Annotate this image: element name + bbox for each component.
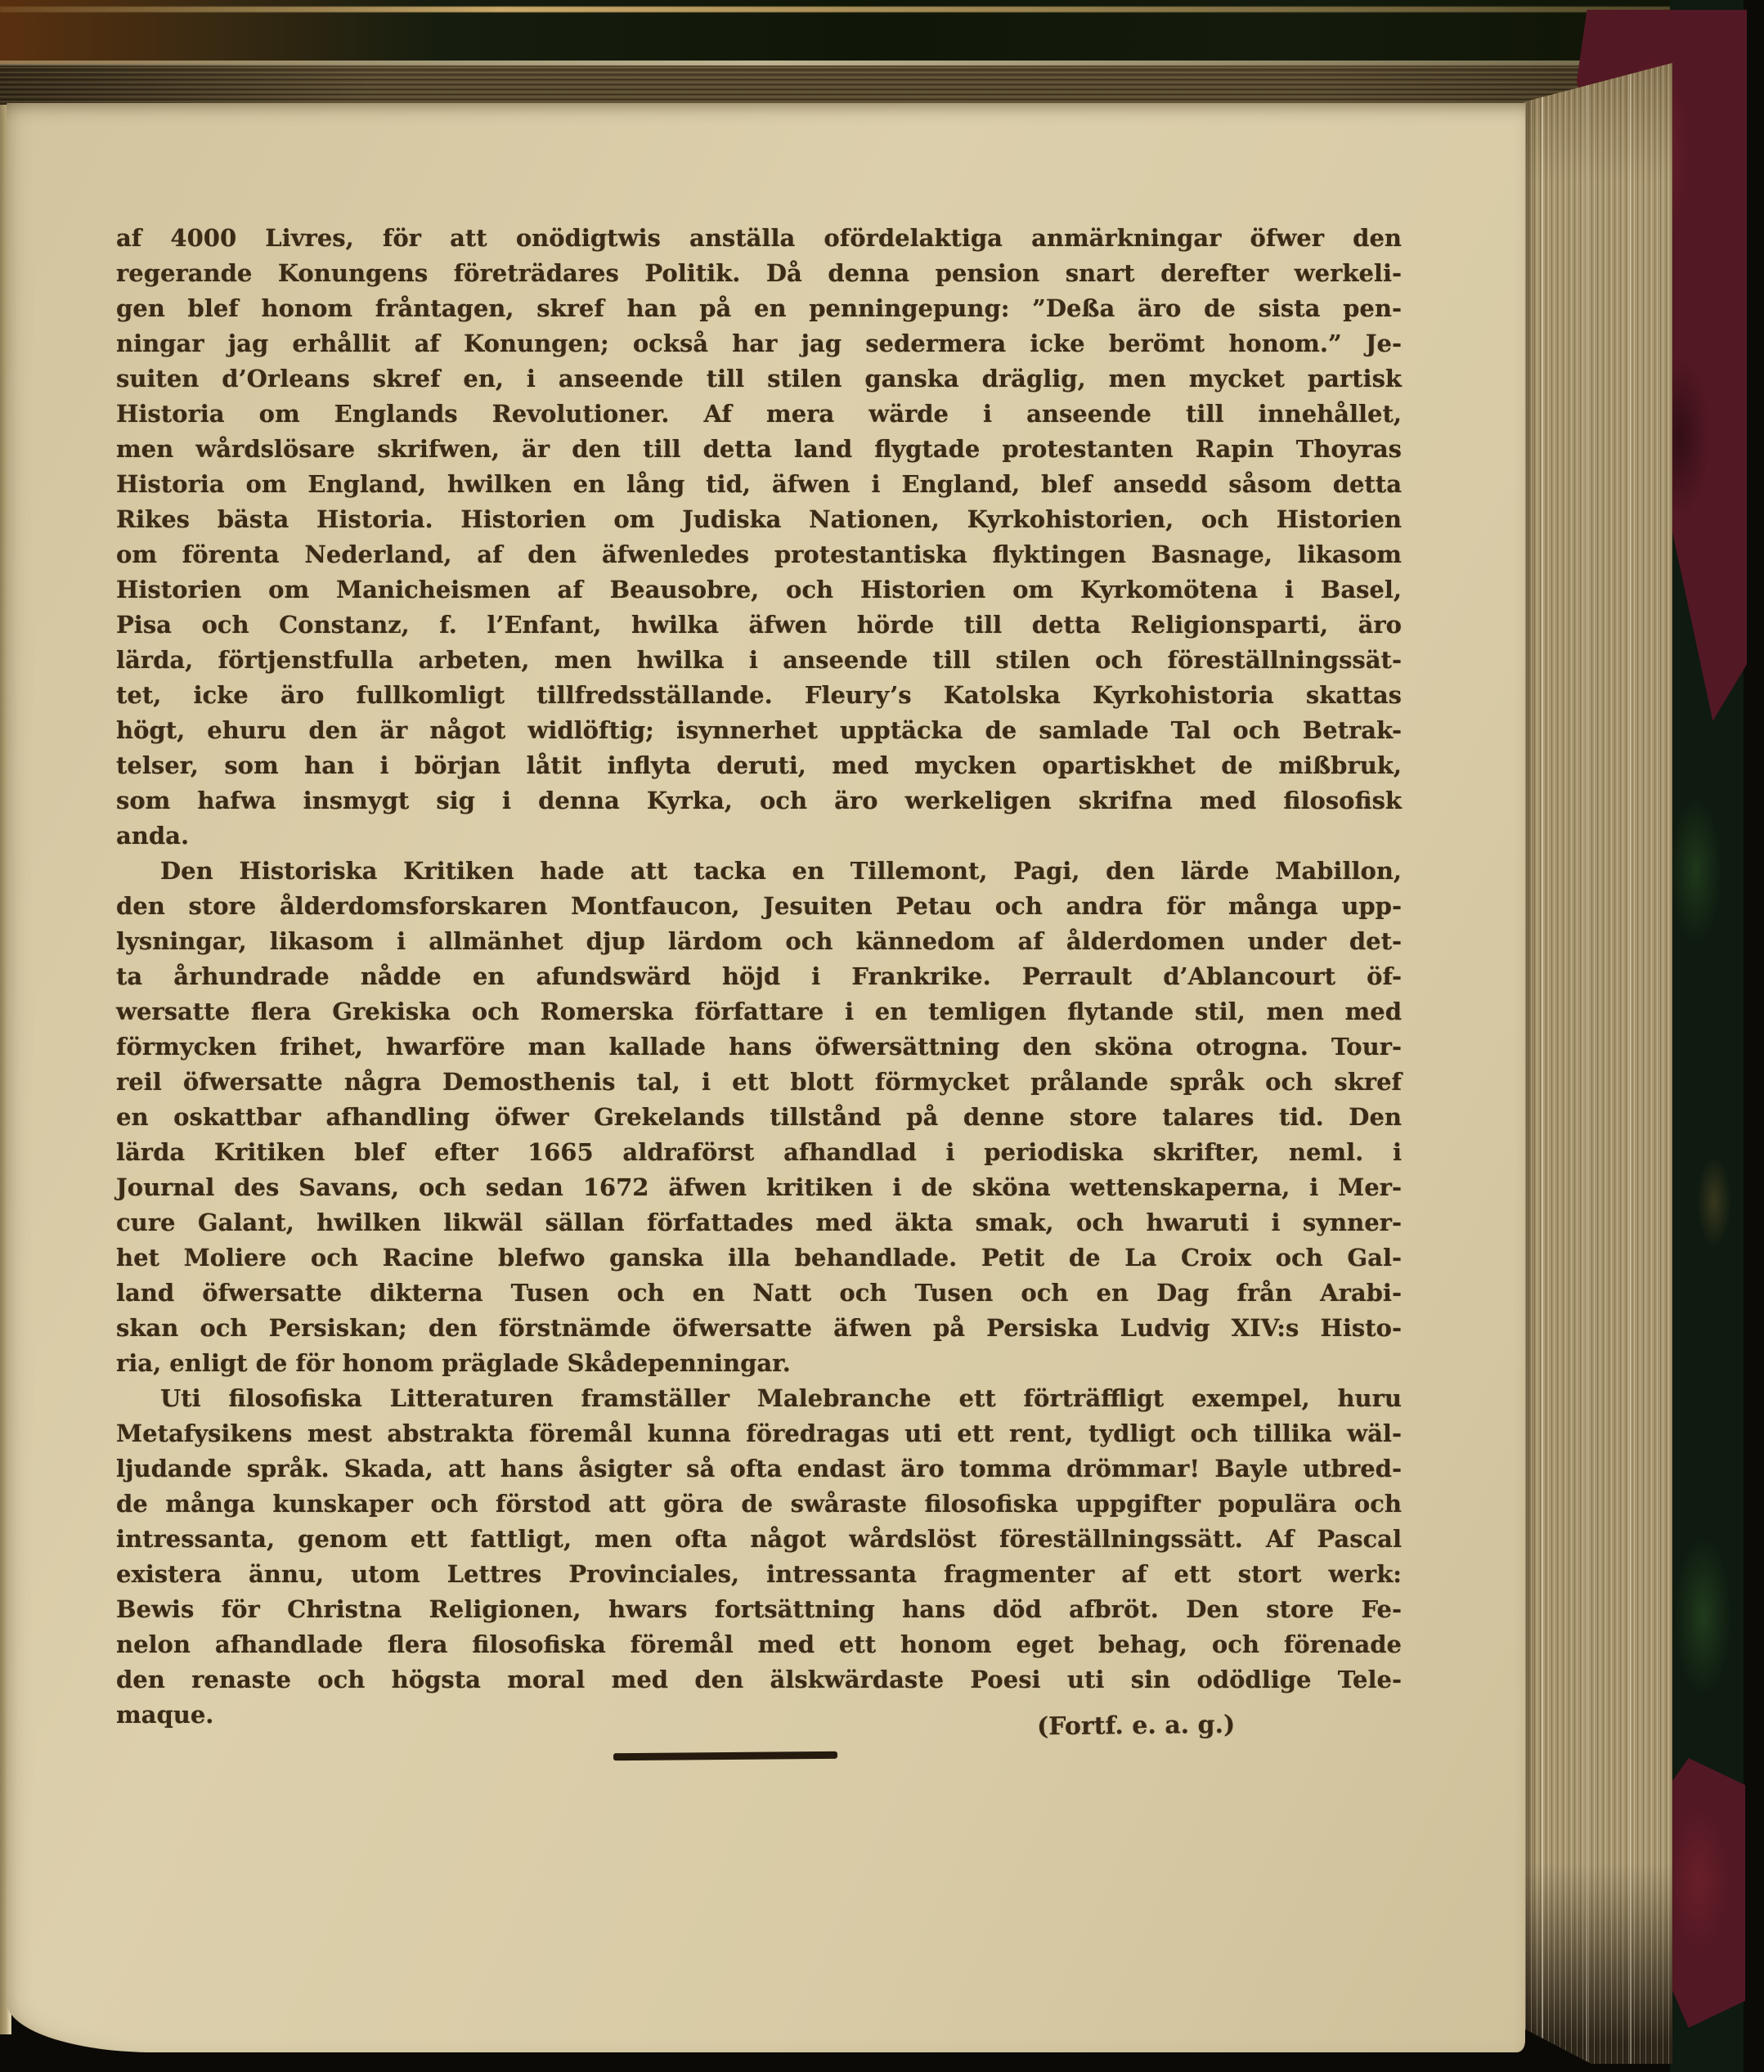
text-line: land öfwersatte dikterna Tusen och en Na… [116, 1276, 1402, 1311]
text-line: ria, enligt de för honom präglade Skådep… [116, 1346, 1402, 1381]
text-line: den store ålderdomsforskaren Montfaucon,… [116, 889, 1402, 924]
text-line: men wårdslösare skrifwen, är den till de… [116, 432, 1402, 467]
text-block: af 4000 Livres, för att onödigtwis anstä… [116, 221, 1402, 1733]
text-line: suiten d’Orleans skref en, i anseende ti… [116, 361, 1402, 397]
text-line: tet, icke äro fullkomligt tillfredsställ… [116, 678, 1402, 713]
text-line: het Moliere och Racine blefwo ganska ill… [116, 1240, 1402, 1276]
text-line: gen blef honom fråntagen, skref han på e… [116, 291, 1402, 326]
text-line: lysningar, likasom i allmänhet djup lärd… [116, 924, 1402, 959]
text-line: intressanta, genom ett fattligt, men oft… [116, 1522, 1402, 1557]
text-line: anda. [116, 818, 1402, 854]
text-line: Den Historiska Kritiken hade att tacka e… [116, 854, 1402, 889]
text-line: nelon afhandlade flera filosofiska förem… [116, 1627, 1402, 1662]
text-line: Metafysikens mest abstrakta föremål kunn… [116, 1416, 1402, 1451]
text-line: af 4000 Livres, för att onödigtwis anstä… [116, 221, 1402, 256]
text-line: lärda, förtjenstfulla arbeten, men hwilk… [116, 643, 1402, 678]
text-line: ta århundrade nådde en afundswärd höjd i… [116, 959, 1402, 994]
text-line: existera ännu, utom Lettres Provinciales… [116, 1557, 1402, 1592]
text-line: ningar jag erhållit af Konungen; också h… [116, 326, 1402, 361]
text-line: förmycken frihet, hwarföre man kallade h… [116, 1029, 1402, 1065]
text-line: telser, som han i början låtit inflyta d… [116, 748, 1402, 783]
cover-top-highlight [0, 7, 1672, 12]
text-line: Historia om Englands Revolutioner. Af me… [116, 397, 1402, 432]
text-line: reil öfwersatte några Demosthenis tal, i… [116, 1065, 1402, 1100]
continuation-note: (Fortf. e. a. g.) [1037, 1709, 1413, 1742]
text-line: Journal des Savans, och sedan 1672 äfwen… [116, 1170, 1402, 1205]
text-line: de många kunskaper och förstod att göra … [116, 1487, 1402, 1522]
text-line: Rikes bästa Historia. Historien om Judis… [116, 502, 1402, 537]
text-line: wersatte flera Grekiska och Romerska för… [116, 994, 1402, 1029]
text-line: en oskattbar afhandling öfwer Grekelands… [116, 1100, 1402, 1135]
text-line: den renaste och högsta moral med den äls… [116, 1662, 1402, 1698]
text-line: Uti filosofiska Litteraturen framställer… [116, 1381, 1402, 1416]
text-line: skan och Persiskan; den förstnämde öfwer… [116, 1311, 1402, 1346]
text-line: Historia om England, hwilken en lång tid… [116, 467, 1402, 502]
text-line: högt, ehuru den är något widlöftig; isyn… [116, 713, 1402, 748]
book-photo-scene: af 4000 Livres, för att onödigtwis anstä… [0, 0, 1764, 2072]
text-line: Historien om Manicheismen af Beausobre, … [116, 572, 1402, 608]
text-line: Bewis för Christna Religionen, hwars for… [116, 1592, 1402, 1627]
text-line: cure Galant, hwilken likwäl sällan förfa… [116, 1205, 1402, 1240]
text-line: Pisa och Constanz, f. l’Enfant, hwilka ä… [116, 608, 1402, 643]
page-stack-top-edge [0, 65, 1678, 105]
text-line: som hafwa insmygt sig i denna Kyrka, och… [116, 783, 1402, 818]
page-stack-fore-edge [1523, 63, 1672, 2064]
text-line: om förenta Nederland, af den äfwenledes … [116, 537, 1402, 572]
text-line: ljudande språk. Skada, att hans åsigter … [116, 1451, 1402, 1487]
text-line: regerande Konungens företrädares Politik… [116, 256, 1402, 291]
text-line: lärda Kritiken blef efter 1665 aldraförs… [116, 1135, 1402, 1170]
